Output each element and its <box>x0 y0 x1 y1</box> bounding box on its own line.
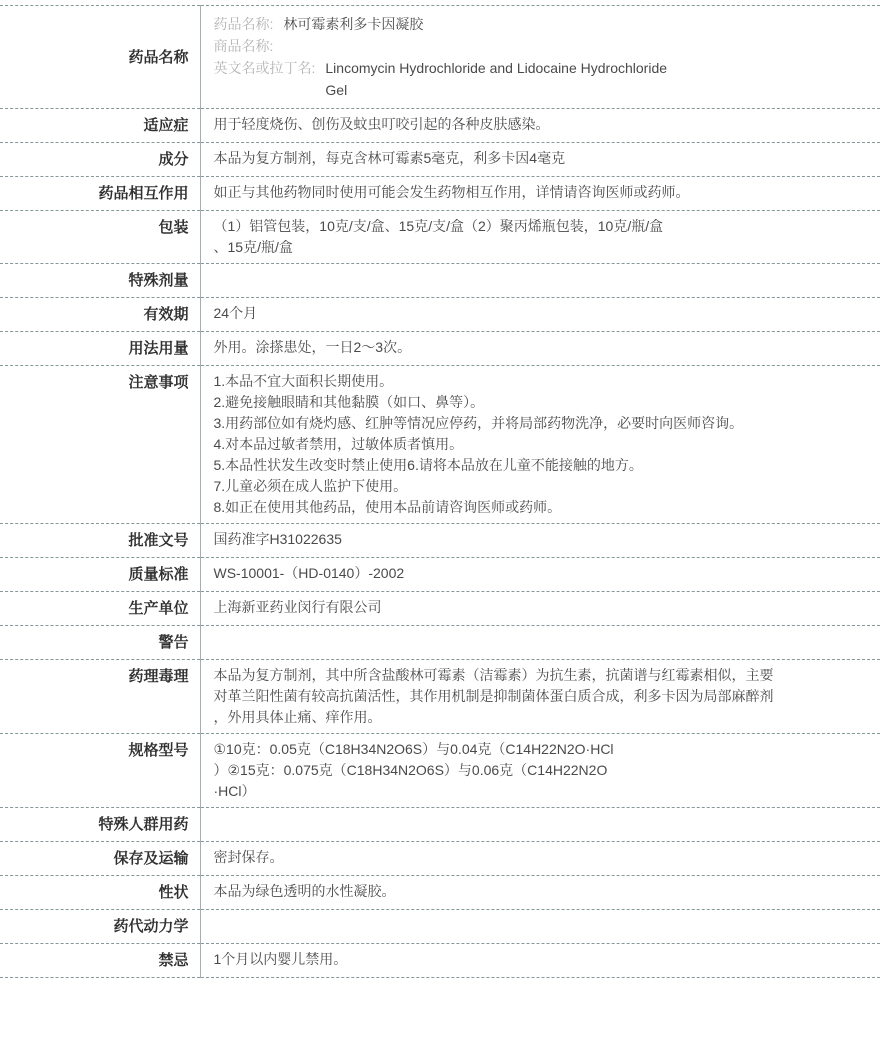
value-line: 1.本品不宜大面积长期使用。 <box>214 371 811 392</box>
name-sub-row: 英文名或拉丁名:Lincomycin Hydrochloride and Lid… <box>214 57 811 101</box>
value-line: ）②15克：0.075克（C18H34N2O6S）与0.06克（C14H22N2… <box>214 760 811 781</box>
value-line: 对革兰阳性菌有较高抗菌活性，其作用机制是抑制菌体蛋白质合成，利多卡因为局部麻醉剂 <box>214 686 811 707</box>
table-row: 药理毒理本品为复方制剂，其中所含盐酸林可霉素（洁霉素）为抗生素，抗菌谱与红霉素相… <box>0 660 880 734</box>
row-label: 包装 <box>0 211 200 264</box>
drug-info-page: 药品名称药品名称:林可霉素利多卡因凝胶商品名称:英文名或拉丁名:Lincomyc… <box>0 0 880 1050</box>
value-line: 上海新亚药业闵行有限公司 <box>214 597 811 618</box>
row-label: 规格型号 <box>0 734 200 808</box>
sub-label: 英文名或拉丁名: <box>214 57 316 79</box>
table-row: 批准文号国药准字H31022635 <box>0 524 880 558</box>
sub-value: 林可霉素利多卡因凝胶 <box>283 13 423 35</box>
row-label: 特殊人群用药 <box>0 808 200 842</box>
table-row: 规格型号①10克：0.05克（C18H34N2O6S）与0.04克（C14H22… <box>0 734 880 808</box>
sub-value: Lincomycin Hydrochloride and Lidocaine H… <box>325 57 667 101</box>
sub-label: 商品名称: <box>214 35 274 57</box>
row-value: 如正与其他药物同时使用可能会发生药物相互作用，详情请咨询医师或药师。 <box>200 177 880 211</box>
value-line: 1个月以内婴儿禁用。 <box>214 949 811 970</box>
value-line: 本品为复方制剂，其中所含盐酸林可霉素（洁霉素）为抗生素，抗菌谱与红霉素相似，主要 <box>214 665 811 686</box>
row-label: 批准文号 <box>0 524 200 558</box>
value-line: 8.如正在使用其他药品，使用本品前请咨询医师或药师。 <box>214 497 811 518</box>
table-row: 注意事项1.本品不宜大面积长期使用。2.避免接触眼睛和其他黏膜（如口、鼻等）。3… <box>0 366 880 524</box>
value-line: 本品为复方制剂，每克含林可霉素5毫克，利多卡因4毫克 <box>214 148 811 169</box>
value-line: 3.用药部位如有烧灼感、红肿等情况应停药，并将局部药物洗净，必要时向医师咨询。 <box>214 413 811 434</box>
row-label: 成分 <box>0 143 200 177</box>
drug-info-table: 药品名称药品名称:林可霉素利多卡因凝胶商品名称:英文名或拉丁名:Lincomyc… <box>0 5 880 978</box>
value-line: 4.对本品过敏者禁用，过敏体质者慎用。 <box>214 434 811 455</box>
row-value: 本品为复方制剂，每克含林可霉素5毫克，利多卡因4毫克 <box>200 143 880 177</box>
value-line: Lincomycin Hydrochloride and Lidocaine H… <box>325 57 667 79</box>
table-row: 药代动力学 <box>0 910 880 944</box>
table-row: 用法用量外用。涂搽患处，一日2～3次。 <box>0 332 880 366</box>
table-row: 药品名称药品名称:林可霉素利多卡因凝胶商品名称:英文名或拉丁名:Lincomyc… <box>0 6 880 109</box>
row-value: 上海新亚药业闵行有限公司 <box>200 592 880 626</box>
value-line: ①10克：0.05克（C18H34N2O6S）与0.04克（C14H22N2O·… <box>214 739 811 760</box>
table-row: 特殊人群用药 <box>0 808 880 842</box>
row-label: 药品相互作用 <box>0 177 200 211</box>
table-row: 保存及运输密封保存。 <box>0 842 880 876</box>
row-label: 药品名称 <box>0 6 200 109</box>
row-value: 外用。涂搽患处，一日2～3次。 <box>200 332 880 366</box>
row-value <box>200 626 880 660</box>
row-value: 1.本品不宜大面积长期使用。2.避免接触眼睛和其他黏膜（如口、鼻等）。3.用药部… <box>200 366 880 524</box>
value-line <box>214 813 811 834</box>
table-row: 质量标准WS-10001-（HD-0140）-2002 <box>0 558 880 592</box>
value-line: 国药准字H31022635 <box>214 529 811 550</box>
value-line: 本品为绿色透明的水性凝胶。 <box>214 881 811 902</box>
name-sub-row: 商品名称: <box>214 35 811 57</box>
value-line: （1）铝管包装，10克/支/盒、15克/支/盒（2）聚丙烯瓶包装，10克/瓶/盒 <box>214 216 811 237</box>
row-label: 特殊剂量 <box>0 264 200 298</box>
value-line: ·HCl） <box>214 781 811 802</box>
row-value <box>200 264 880 298</box>
row-label: 有效期 <box>0 298 200 332</box>
row-value: WS-10001-（HD-0140）-2002 <box>200 558 880 592</box>
table-row: 性状本品为绿色透明的水性凝胶。 <box>0 876 880 910</box>
sub-label: 药品名称: <box>214 13 274 35</box>
table-row: 特殊剂量 <box>0 264 880 298</box>
row-value <box>200 910 880 944</box>
row-value: 药品名称:林可霉素利多卡因凝胶商品名称:英文名或拉丁名:Lincomycin H… <box>200 6 880 109</box>
table-row: 警告 <box>0 626 880 660</box>
value-line <box>214 631 811 652</box>
drug-info-table-body: 药品名称药品名称:林可霉素利多卡因凝胶商品名称:英文名或拉丁名:Lincomyc… <box>0 6 880 978</box>
table-row: 包装（1）铝管包装，10克/支/盒、15克/支/盒（2）聚丙烯瓶包装，10克/瓶… <box>0 211 880 264</box>
table-row: 适应症用于轻度烧伤、创伤及蚊虫叮咬引起的各种皮肤感染。 <box>0 109 880 143</box>
value-line: 24个月 <box>214 303 811 324</box>
table-row: 生产单位上海新亚药业闵行有限公司 <box>0 592 880 626</box>
row-label: 禁忌 <box>0 944 200 978</box>
value-line: 林可霉素利多卡因凝胶 <box>283 13 423 35</box>
row-value: 本品为绿色透明的水性凝胶。 <box>200 876 880 910</box>
value-line: Gel <box>325 79 667 101</box>
row-label: 用法用量 <box>0 332 200 366</box>
row-value: 本品为复方制剂，其中所含盐酸林可霉素（洁霉素）为抗生素，抗菌谱与红霉素相似，主要… <box>200 660 880 734</box>
row-label: 药代动力学 <box>0 910 200 944</box>
row-label: 保存及运输 <box>0 842 200 876</box>
name-sub-row: 药品名称:林可霉素利多卡因凝胶 <box>214 13 811 35</box>
row-value <box>200 808 880 842</box>
row-value: 国药准字H31022635 <box>200 524 880 558</box>
value-line: 2.避免接触眼睛和其他黏膜（如口、鼻等）。 <box>214 392 811 413</box>
value-line <box>214 269 811 290</box>
table-row: 有效期24个月 <box>0 298 880 332</box>
value-line: 外用。涂搽患处，一日2～3次。 <box>214 337 811 358</box>
row-label: 质量标准 <box>0 558 200 592</box>
value-line: 、15克/瓶/盒 <box>214 237 811 258</box>
table-row: 禁忌1个月以内婴儿禁用。 <box>0 944 880 978</box>
row-label: 药理毒理 <box>0 660 200 734</box>
value-line <box>214 915 811 936</box>
row-value: 用于轻度烧伤、创伤及蚊虫叮咬引起的各种皮肤感染。 <box>200 109 880 143</box>
value-line: 用于轻度烧伤、创伤及蚊虫叮咬引起的各种皮肤感染。 <box>214 114 811 135</box>
row-value: （1）铝管包装，10克/支/盒、15克/支/盒（2）聚丙烯瓶包装，10克/瓶/盒… <box>200 211 880 264</box>
table-row: 药品相互作用如正与其他药物同时使用可能会发生药物相互作用，详情请咨询医师或药师。 <box>0 177 880 211</box>
row-label: 适应症 <box>0 109 200 143</box>
row-label: 生产单位 <box>0 592 200 626</box>
value-line: 7.儿童必须在成人监护下使用。 <box>214 476 811 497</box>
row-label: 注意事项 <box>0 366 200 524</box>
row-value: 密封保存。 <box>200 842 880 876</box>
row-label: 性状 <box>0 876 200 910</box>
value-line: 5.本品性状发生改变时禁止使用6.请将本品放在儿童不能接触的地方。 <box>214 455 811 476</box>
table-row: 成分本品为复方制剂，每克含林可霉素5毫克，利多卡因4毫克 <box>0 143 880 177</box>
value-line: ，外用具体止痛、痒作用。 <box>214 707 811 728</box>
row-value: ①10克：0.05克（C18H34N2O6S）与0.04克（C14H22N2O·… <box>200 734 880 808</box>
row-value: 24个月 <box>200 298 880 332</box>
value-line: 如正与其他药物同时使用可能会发生药物相互作用，详情请咨询医师或药师。 <box>214 182 811 203</box>
row-label: 警告 <box>0 626 200 660</box>
value-line: WS-10001-（HD-0140）-2002 <box>214 563 811 584</box>
row-value: 1个月以内婴儿禁用。 <box>200 944 880 978</box>
value-line: 密封保存。 <box>214 847 811 868</box>
